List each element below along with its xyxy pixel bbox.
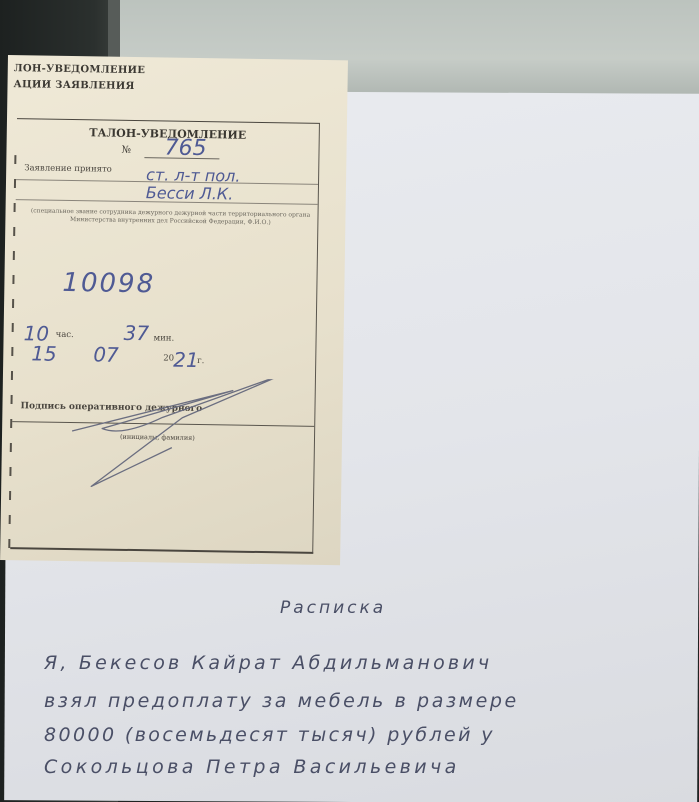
notification-ticket: ЛОН-УВЕДОМЛЕНИЕ АЦИИ ЗАЯВЛЕНИЯ ТАЛОН-УВЕ… [0,55,348,565]
hours-label: час. [56,330,74,340]
registration-number: 10098 [62,268,155,299]
accepted-label: Заявление принято [24,163,112,174]
year-label: г. [197,356,204,366]
number-label: № [121,145,131,156]
time-minutes: 37 [123,321,149,345]
stub-title-line1: ЛОН-УВЕДОМЛЕНИЕ [14,63,146,76]
date-month: 07 [93,342,119,366]
receipt-line: 80000 (восемьдесят тысяч) рублей у [44,724,495,746]
signature-scrawl [31,375,293,499]
accepted-note: (специальное звание сотрудника дежурного… [25,207,315,228]
receipt-line: взял предоплату за мебель в размере [44,690,519,712]
ticket-number: 765 [164,135,206,161]
stub-title-line2: АЦИИ ЗАЯВЛЕНИЯ [13,79,134,92]
receipt-title: Расписка [280,598,386,618]
receipt-line: Я, Бекесов Кайрат Абдильманович [44,652,492,674]
date-year: 21 [173,348,199,372]
minutes-label: мин. [153,333,174,343]
date-day: 15 [31,341,57,365]
receipt-line: Сокольцова Петра Васильевича [44,756,460,778]
